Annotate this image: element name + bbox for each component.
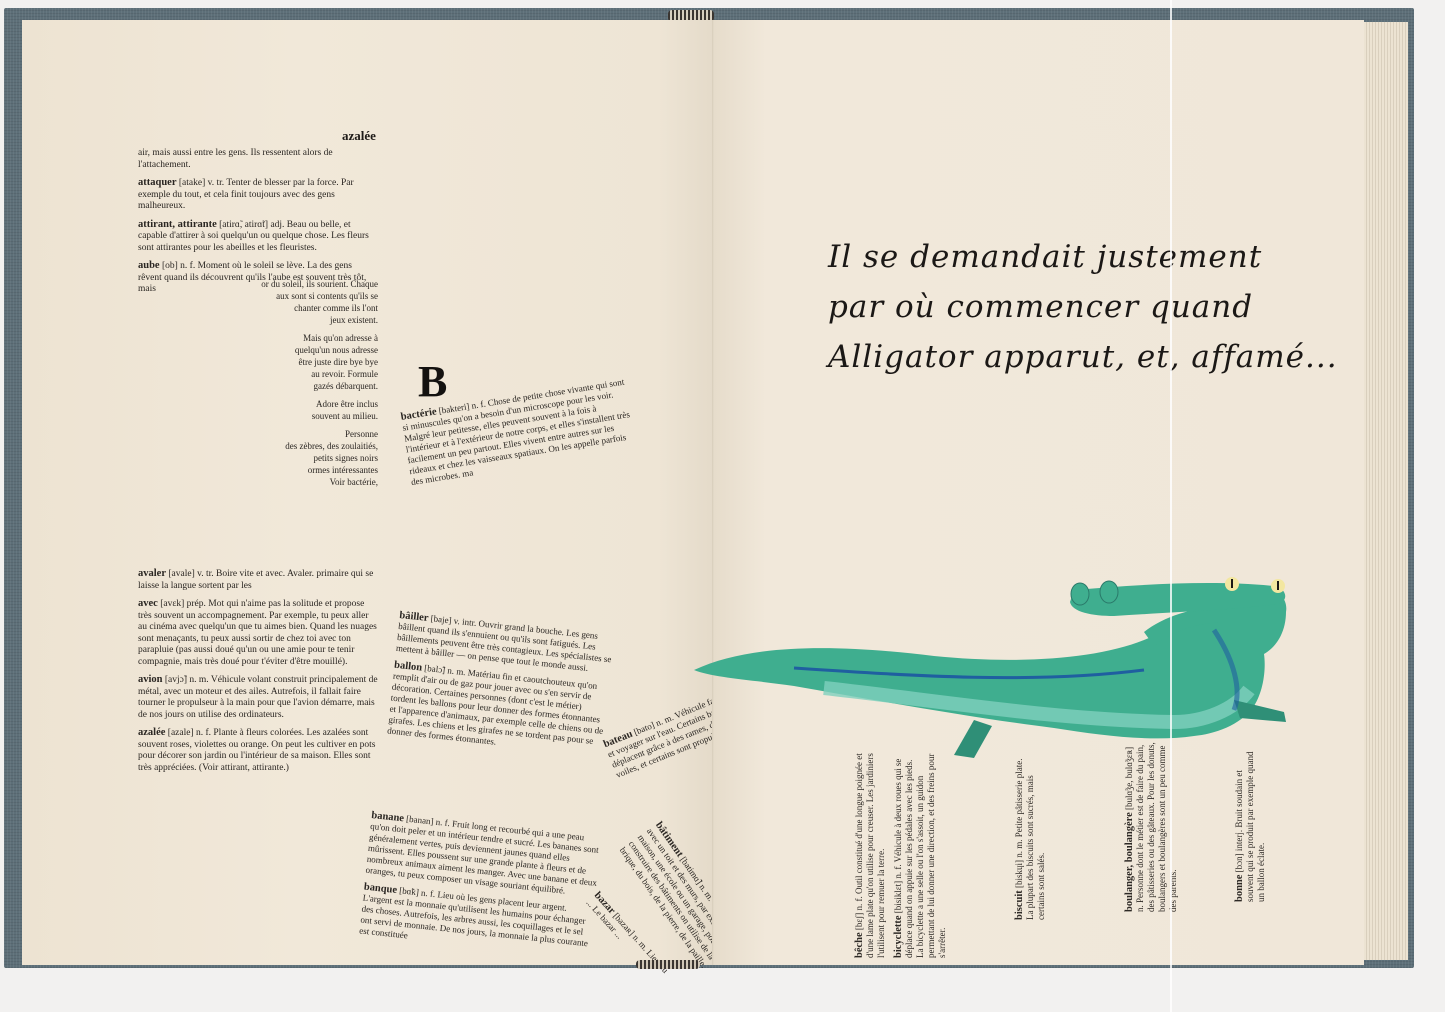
fragment: Personne bbox=[250, 428, 378, 440]
entry-text: [azale] n. f. Plante à fleurs colorées. … bbox=[138, 728, 375, 773]
fragment: chanter comme ils l'ont bbox=[250, 302, 378, 314]
rotated-entry-beche-bicyclette: bêche [bɛʃ] n. f. Outil constitué d'une … bbox=[854, 748, 954, 958]
fragment: quelqu'un nous adresse bbox=[250, 344, 378, 356]
collage-baille-ballon: bâiller [baje] v. intr. Ouvrir grand la … bbox=[386, 610, 617, 765]
entry-head: attirant, attirante bbox=[138, 219, 217, 230]
collage-banane-banque: banane [banan] n. f. Fruit long et recou… bbox=[358, 810, 603, 967]
dictionary-entry: avec [avɛk] prép. Mot qui n'aime pas la … bbox=[138, 598, 378, 668]
entry-head: azalée bbox=[138, 727, 165, 738]
entry-head: avion bbox=[138, 674, 163, 685]
dictionary-entry: avion [avjɔ̃] n. m. Véhicule volant cons… bbox=[138, 674, 378, 721]
dictionary-entry: azalée [azale] n. f. Plante à fleurs col… bbox=[138, 727, 378, 774]
entry-head: bêche bbox=[854, 932, 865, 958]
rotated-entry-bonne: bonne [bɔn] interj. Bruit soudain et sou… bbox=[1234, 742, 1267, 902]
fragment: Adore être inclus bbox=[250, 398, 378, 410]
fragment: jeux existent. bbox=[250, 314, 378, 326]
entry-head: avec bbox=[138, 598, 158, 609]
section-letter: B bbox=[418, 356, 447, 407]
entry-text: [bɛʃ] n. f. Outil constitué d'une longue… bbox=[854, 753, 886, 958]
right-page: Il se demandait justement par où commenc… bbox=[714, 20, 1364, 965]
entry-text: [avɛk] prép. Mot qui n'aime pas la solit… bbox=[138, 599, 377, 667]
dictionary-entry: bicyclette [bisiklɛt] n. f. Véhicule à d… bbox=[893, 748, 948, 958]
entry-head: avaler bbox=[138, 568, 166, 579]
entry-text: air, mais aussi entre les gens. Ils ress… bbox=[138, 148, 333, 170]
entry-text: [avale] v. tr. Boire vite et avec. Avale… bbox=[138, 569, 373, 591]
dictionary-entry: ballon [balɔ̃] n. m. Matériau fin et cao… bbox=[387, 660, 612, 759]
fragment: Voir bactérie, bbox=[250, 476, 378, 488]
fragment: gazés débarquent. bbox=[250, 380, 378, 392]
entry-head: bonne bbox=[1234, 875, 1245, 902]
caption-line: par où commencer quand bbox=[828, 282, 1338, 332]
fragment: Mais qu'on adresse à bbox=[250, 332, 378, 344]
page-edges bbox=[1364, 22, 1408, 960]
scan-artifact-line bbox=[1170, 0, 1172, 1012]
entry-text: [banan] n. f. Fruit long et recourbé qui… bbox=[365, 814, 599, 896]
alligator-illustration bbox=[674, 550, 1314, 770]
caption-line: Il se demandait justement bbox=[828, 232, 1338, 282]
dictionary-entry: avaler [avale] v. tr. Boire vite et avec… bbox=[138, 568, 378, 592]
entry-head: aube bbox=[138, 260, 160, 271]
fragment: souvent au milieu. bbox=[250, 410, 378, 422]
entry-text: [avjɔ̃] n. m. Véhicule volant construit … bbox=[138, 675, 378, 720]
entry-head: bicyclette bbox=[893, 915, 904, 958]
entry-head: boulanger, boulangère bbox=[1124, 812, 1135, 912]
rotated-entry-biscuit: biscuit [biskɥi] n. m. Petite pâtisserie… bbox=[1014, 750, 1047, 920]
tailband bbox=[636, 960, 700, 969]
left-page: azalée air, mais aussi entre les gens. I… bbox=[22, 20, 714, 965]
entry-head: attaquer bbox=[138, 177, 177, 188]
fragment: des zèbres, des zoulaitiés, bbox=[250, 440, 378, 452]
fragment: or du soleil, ils sourient. Chaque bbox=[250, 278, 378, 290]
fragment: être juste dire bye bye bbox=[250, 356, 378, 368]
fragment: ormes intéressantes bbox=[250, 464, 378, 476]
dictionary-entry: bêche [bɛʃ] n. f. Outil constitué d'une … bbox=[854, 748, 887, 958]
dictionary-entries-bottom: avaler [avale] v. tr. Boire vite et avec… bbox=[138, 568, 378, 780]
running-head: azalée bbox=[342, 128, 376, 144]
fragment: petits signes noirs bbox=[250, 452, 378, 464]
entry-text: [balɔ̃] n. m. Matériau fin et caoutchout… bbox=[387, 663, 604, 747]
scattered-fragments: or du soleil, ils sourient. Chaque aux s… bbox=[250, 278, 378, 488]
dictionary-entry: attaquer [atake] v. tr. Tenter de blesse… bbox=[138, 177, 378, 213]
dictionary-entry: attirant, attirante [atirɑ̃, atirɑ̃t] ad… bbox=[138, 219, 378, 255]
fragment: aux sont si contents qu'ils se bbox=[250, 290, 378, 302]
caption-line: Alligator apparut, et, affamé... bbox=[828, 332, 1338, 382]
fragment: au revoir. Formule bbox=[250, 368, 378, 380]
entry-head: biscuit bbox=[1014, 890, 1025, 920]
handwritten-caption: Il se demandait justement par où commenc… bbox=[828, 232, 1338, 382]
dictionary-entry: air, mais aussi entre les gens. Ils ress… bbox=[138, 148, 378, 171]
